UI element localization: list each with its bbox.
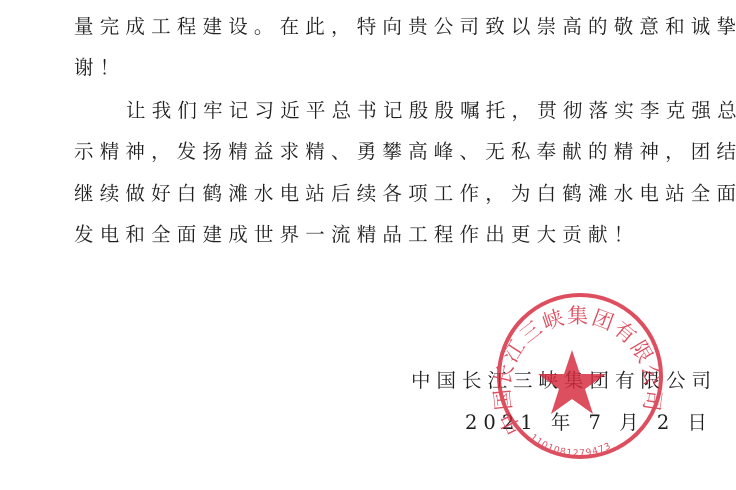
paragraph-2-line-4: 发电和全面建成世界一流精品工程作出更大贡献！	[74, 222, 639, 248]
paragraph-2-line-1: 让我们牢记习近平总书记殷殷嘱托，贯彻落实李克强总理批	[126, 98, 736, 124]
signature-organization: 中国长江三峡集团有限公司	[411, 368, 717, 394]
paragraph-2-line-3: 继续做好白鹤滩水电站后续各项工作，为白鹤滩水电站全面投产	[74, 181, 736, 207]
signature-date: 2021 年 7 月 2 日	[465, 410, 713, 436]
paragraph-2-line-2: 示精神，发扬精益求精、勇攀高峰、无私奉献的精神，团结协作，	[74, 139, 736, 165]
paragraph-1-line-1: 量完成工程建设。在此，特向贵公司致以崇高的敬意和诚挚的感	[74, 14, 736, 40]
paragraph-1-line-2: 谢！	[74, 55, 125, 81]
seal-code: 1101081279473	[528, 433, 613, 460]
